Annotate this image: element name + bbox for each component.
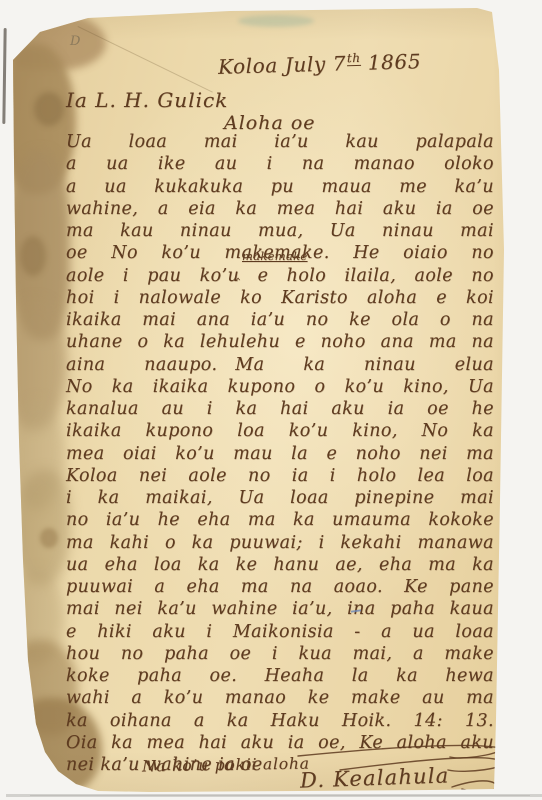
letter-line: a ua kukakuka pu maua me ka’u: [66, 176, 494, 198]
signature: D. Kealahula: [300, 763, 450, 792]
letter-line: aina naaupo. Ma ka ninau elua: [66, 354, 494, 376]
letter-line: kanalua au i ka hai aku ia oe he: [66, 398, 494, 420]
interline-insertion: makemake: [242, 249, 307, 263]
letter-line: mai nei ka’u wahine ia’u, ina paha kaua: [66, 598, 494, 620]
letter-line: ua eha loa ka ke hanu ae, eha ma ka: [66, 554, 494, 576]
paper-crease: [78, 26, 213, 93]
letter-line: Ua loaa mai ia’u kau palapala: [66, 131, 494, 153]
letter-line: e hiki aku i Maikonisia - a ua loaa: [66, 621, 494, 643]
flourish-after-signature: [452, 781, 497, 792]
letter-line: hoi i nalowale ko Karisto aloha e koi: [66, 287, 494, 309]
scan-bottom-line: [30, 795, 530, 796]
addressee-line: Ia L. H. Gulick: [66, 88, 228, 112]
stain-left-strip: [11, 400, 65, 510]
letter-line: Koloa nei aole no ia i holo lea loa: [66, 465, 494, 487]
dateline-year: 1865: [367, 49, 421, 74]
letter-line: ikaika kupono loa ko’u kino, No ka: [66, 420, 494, 442]
letter-line: Oia ka mea hai aku ia oe, Ke aloha aku: [66, 732, 494, 754]
stain-left-strip: [6, 150, 70, 340]
dateline-place-day: Koloa July 7: [218, 51, 347, 79]
scanned-letter-image: D Koloa July 7th1865 Ia L. H. Gulick Alo…: [0, 0, 542, 800]
pencil-mark: D: [70, 34, 80, 49]
letter-line: ma kahi o ka puuwai; i kekahi manawa: [66, 532, 494, 554]
letter-line: wahine, a eia ka mea hai aku ia oe: [66, 198, 494, 220]
stain-spot: [40, 528, 58, 548]
stain-left-strip: [9, 300, 67, 430]
stain-spot: [34, 92, 64, 126]
stain-spot: [20, 236, 46, 276]
letter-line: mea oiai ko’u mau la e noho nei ma: [66, 443, 494, 465]
letter-line: ikaika mai ana ia’u no ke ola o na: [66, 309, 494, 331]
stain-top-left-corner: [6, 12, 106, 70]
letter-line: No ka ikaika kupono o ko’u kino, Ua: [66, 376, 494, 398]
letter-line: ma kau ninau mua, Ua ninau mai: [66, 220, 494, 242]
letter-line: koke paha oe. Heaha la ka hewa: [66, 665, 494, 687]
scan-edge-artifact: [2, 28, 6, 124]
letter-line: aole i pau ko’u e holo ilaila, aole no: [66, 265, 494, 287]
letter-line: puuwai a eha ma na aoao. Ke pane: [66, 576, 494, 598]
letter-line: no ia’u he eha ma ka umauma kokoke: [66, 509, 494, 531]
dateline: Koloa July 7th1865: [218, 49, 422, 79]
stain-left-strip: [12, 470, 70, 585]
stain-left-strip: [10, 570, 64, 665]
closing-line: Na ko’u pokii aloha: [142, 755, 310, 776]
letter-line: a ua ike au i na manao oloko: [66, 153, 494, 175]
dateline-ordinal: th: [347, 51, 361, 66]
letter-line: wahi a ko’u manao ke make au ma: [66, 687, 494, 709]
letter-line: hou no paha oe i kua mai, a make: [66, 643, 494, 665]
caret-mark: ‸: [236, 266, 240, 280]
letter-line: ka oihana a ka Haku Hoik. 14: 13.: [66, 710, 494, 732]
paper-sheet: D Koloa July 7th1865 Ia L. H. Gulick Alo…: [0, 0, 542, 800]
letter-body: Ua loaa mai ia’u kau palapalaa ua ike au…: [66, 131, 494, 776]
letter-line: i ka maikai, Ua loaa pinepine mai: [66, 487, 494, 509]
letter-line: uhane o ka lehulehu e noho ana ma na: [66, 331, 494, 353]
ink-bleed-smudge: [238, 15, 314, 27]
